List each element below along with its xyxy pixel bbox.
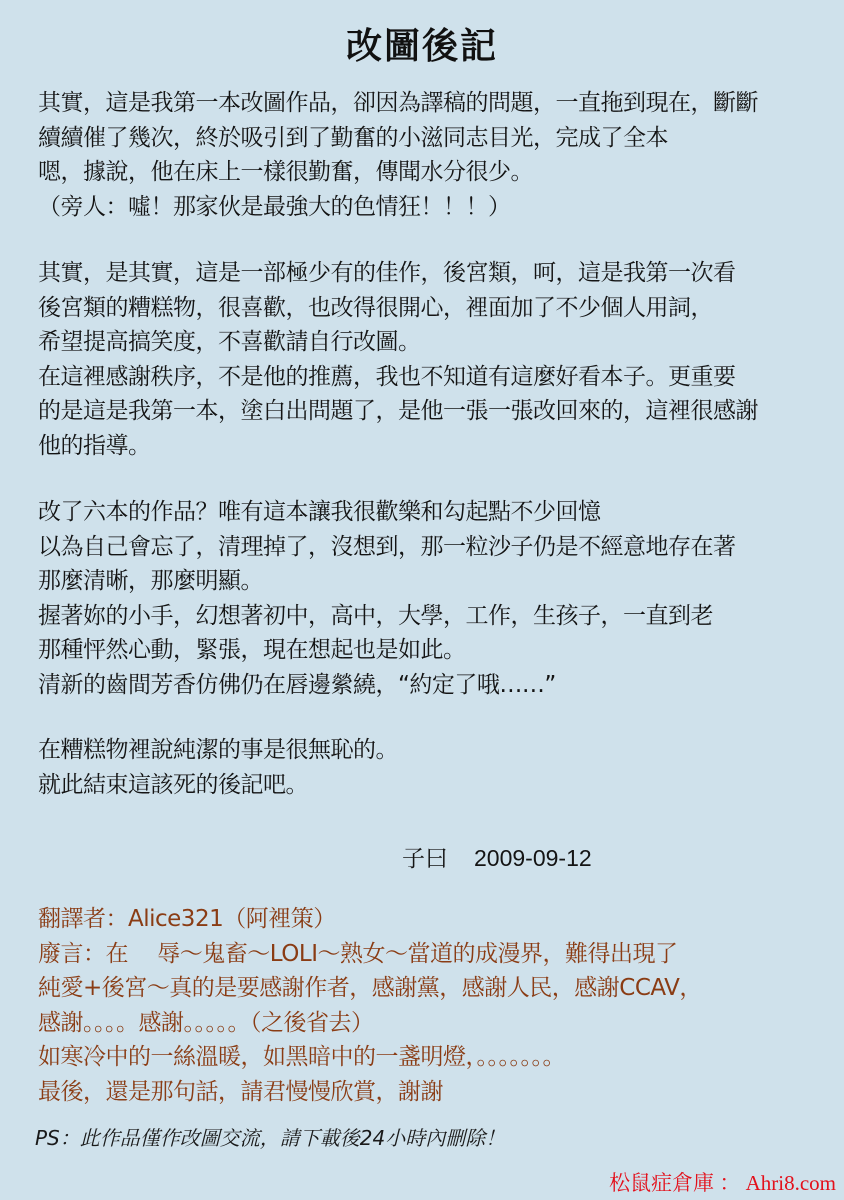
paragraph-thanks: 其實，是其實，這是一部極少有的佳作，後宮類，呵，這是我第一次看 後宮類的糟糕物，… bbox=[38, 256, 758, 463]
translator-credits: 翻譯者：Alice321（阿裡策） 廢言：在 辱～鬼畜～LOLI～熟女～當道的成… bbox=[38, 902, 702, 1109]
text-line: 希望提高搞笑度，不喜歡請自行改圖。 bbox=[38, 325, 758, 360]
credit-line: 純愛+後宮～真的是要感謝作者，感謝黨，感謝人民，感謝CCAV， bbox=[38, 971, 702, 1006]
text-line: 就此結束這該死的後記吧。 bbox=[38, 768, 398, 803]
text-line: 改了六本的作品？唯有這本讓我很歡樂和勾起點不少回憶 bbox=[38, 495, 736, 530]
text-line: 嗯，據說，他在床上一樣很勤奮，傳聞水分很少。 bbox=[38, 155, 758, 190]
credit-line: 最後，還是那句話，請君慢慢欣賞，謝謝 bbox=[38, 1075, 702, 1110]
text-line: 那種怦然心動，緊張，現在想起也是如此。 bbox=[38, 633, 736, 668]
ps-disclaimer: PS：此作品僅作改圖交流，請下載後24小時內刪除！ bbox=[35, 1122, 505, 1151]
signature-author: 子曰 bbox=[402, 846, 448, 872]
text-line: 那麼清晰，那麼明顯。 bbox=[38, 564, 736, 599]
text-line: 清新的齒間芳香仿佛仍在唇邊縈繞，“約定了哦……” bbox=[38, 668, 736, 703]
paragraph-closing: 在糟糕物裡說純潔的事是很無恥的。 就此結束這該死的後記吧。 bbox=[38, 733, 398, 802]
paragraph-intro: 其實，這是我第一本改圖作品，卻因為譯稿的問題，一直拖到現在，斷斷 續續催了幾次，… bbox=[38, 86, 758, 224]
text-line: 他的指導。 bbox=[38, 429, 758, 464]
signature: 子曰2009-09-12 bbox=[402, 840, 592, 873]
text-line: 在這裡感謝秩序，不是他的推薦，我也不知道有這麼好看本子。更重要 bbox=[38, 360, 758, 395]
text-line: （旁人：噓！那家伙是最強大的色情狂！！！） bbox=[38, 190, 758, 225]
text-line: 續續催了幾次，終於吸引到了勤奮的小滋同志目光，完成了全本 bbox=[38, 121, 758, 156]
paragraph-memories: 改了六本的作品？唯有這本讓我很歡樂和勾起點不少回憶 以為自己會忘了，清理掉了，沒… bbox=[38, 495, 736, 702]
text-line: 後宮類的糟糕物，很喜歡，也改得很開心，裡面加了不少個人用詞， bbox=[38, 291, 758, 326]
credit-line: 廢言：在 辱～鬼畜～LOLI～熟女～當道的成漫界，難得出現了 bbox=[38, 937, 702, 972]
text-line: 其實，這是我第一本改圖作品，卻因為譯稿的問題，一直拖到現在，斷斷 bbox=[38, 86, 758, 121]
credit-line: 翻譯者：Alice321（阿裡策） bbox=[38, 902, 702, 937]
signature-date: 2009-09-12 bbox=[474, 845, 592, 871]
text-line: 的是這是我第一本，塗白出問題了，是他一張一張改回來的，這裡很感謝 bbox=[38, 394, 758, 429]
page-title: 改圖後記 bbox=[0, 18, 844, 69]
text-line: 在糟糕物裡說純潔的事是很無恥的。 bbox=[38, 733, 398, 768]
text-line: 握著妳的小手，幻想著初中，高中，大學，工作，生孩子，一直到老 bbox=[38, 599, 736, 634]
text-line: 其實，是其實，這是一部極少有的佳作，後宮類，呵，這是我第一次看 bbox=[38, 256, 758, 291]
credit-line: 如寒冷中的一絲溫暖，如黑暗中的一盞明燈，。。。。。。。 bbox=[38, 1040, 702, 1075]
site-watermark: 松鼠症倉庫 ： Ahri8.com bbox=[609, 1167, 836, 1197]
credit-line: 感謝。。。。感謝。。。。。（之後省去） bbox=[38, 1006, 702, 1041]
text-line: 以為自己會忘了，清理掉了，沒想到，那一粒沙子仍是不經意地存在著 bbox=[38, 530, 736, 565]
